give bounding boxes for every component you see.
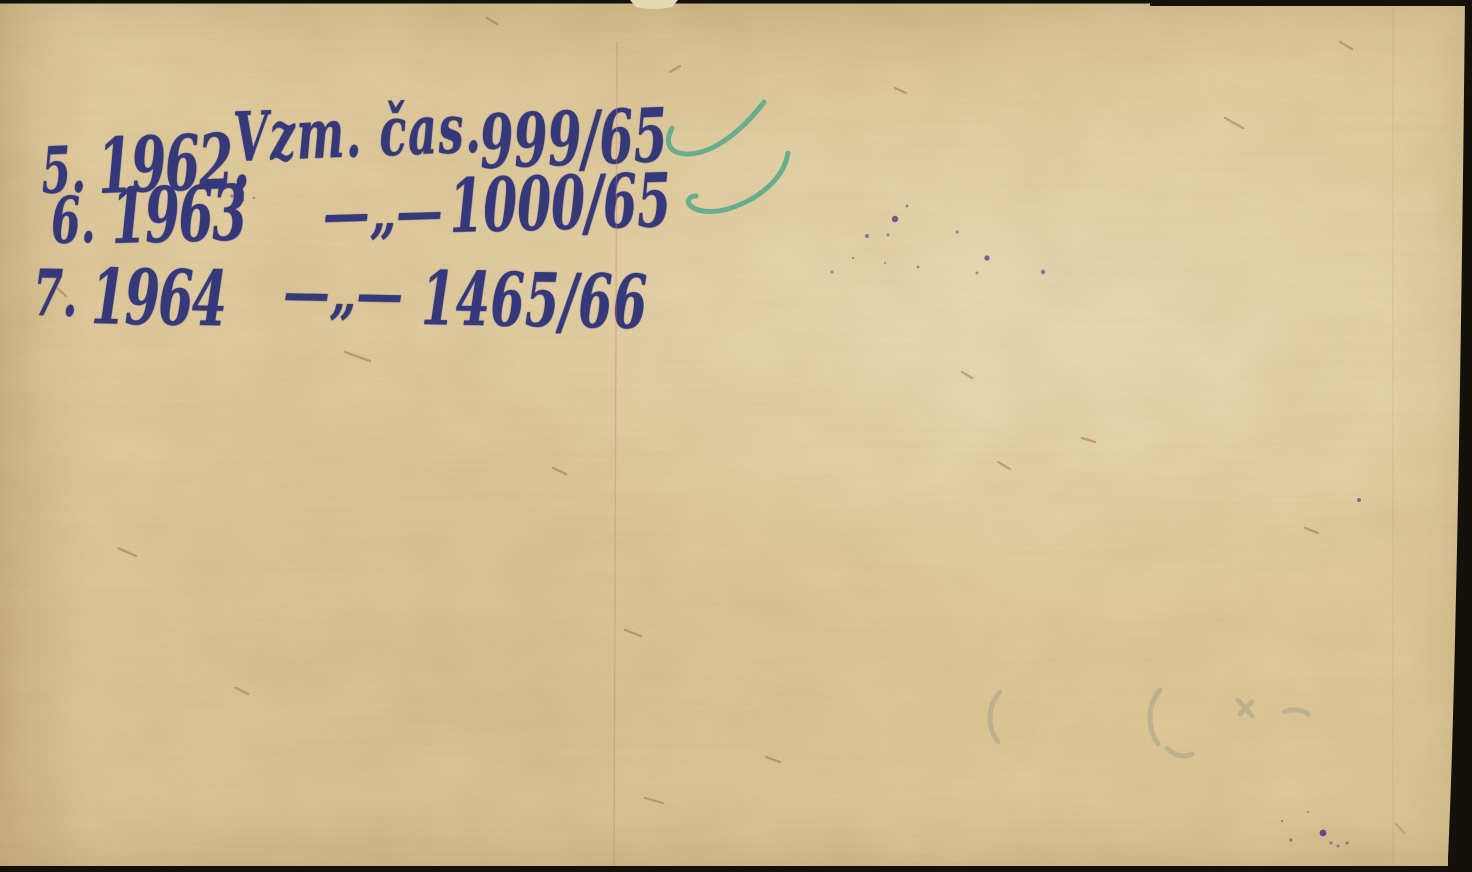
- ditto-mark: —„—: [283, 258, 404, 328]
- entry-number: 1000/65: [448, 158, 672, 250]
- ditto-mark: —„—: [322, 177, 443, 248]
- entry-year: 1964: [90, 252, 226, 343]
- entry-number: 1465/66: [420, 256, 648, 346]
- scanned-card-photo: 5. 1962. Vzm. čas. 999/65 6. 1963 —„— 10…: [0, 0, 1472, 872]
- entry-index: 6.: [50, 183, 96, 259]
- entry-title: Vzm. čas.: [232, 88, 483, 177]
- entry-year: 1963: [110, 168, 247, 261]
- entry-index: 7.: [33, 256, 78, 332]
